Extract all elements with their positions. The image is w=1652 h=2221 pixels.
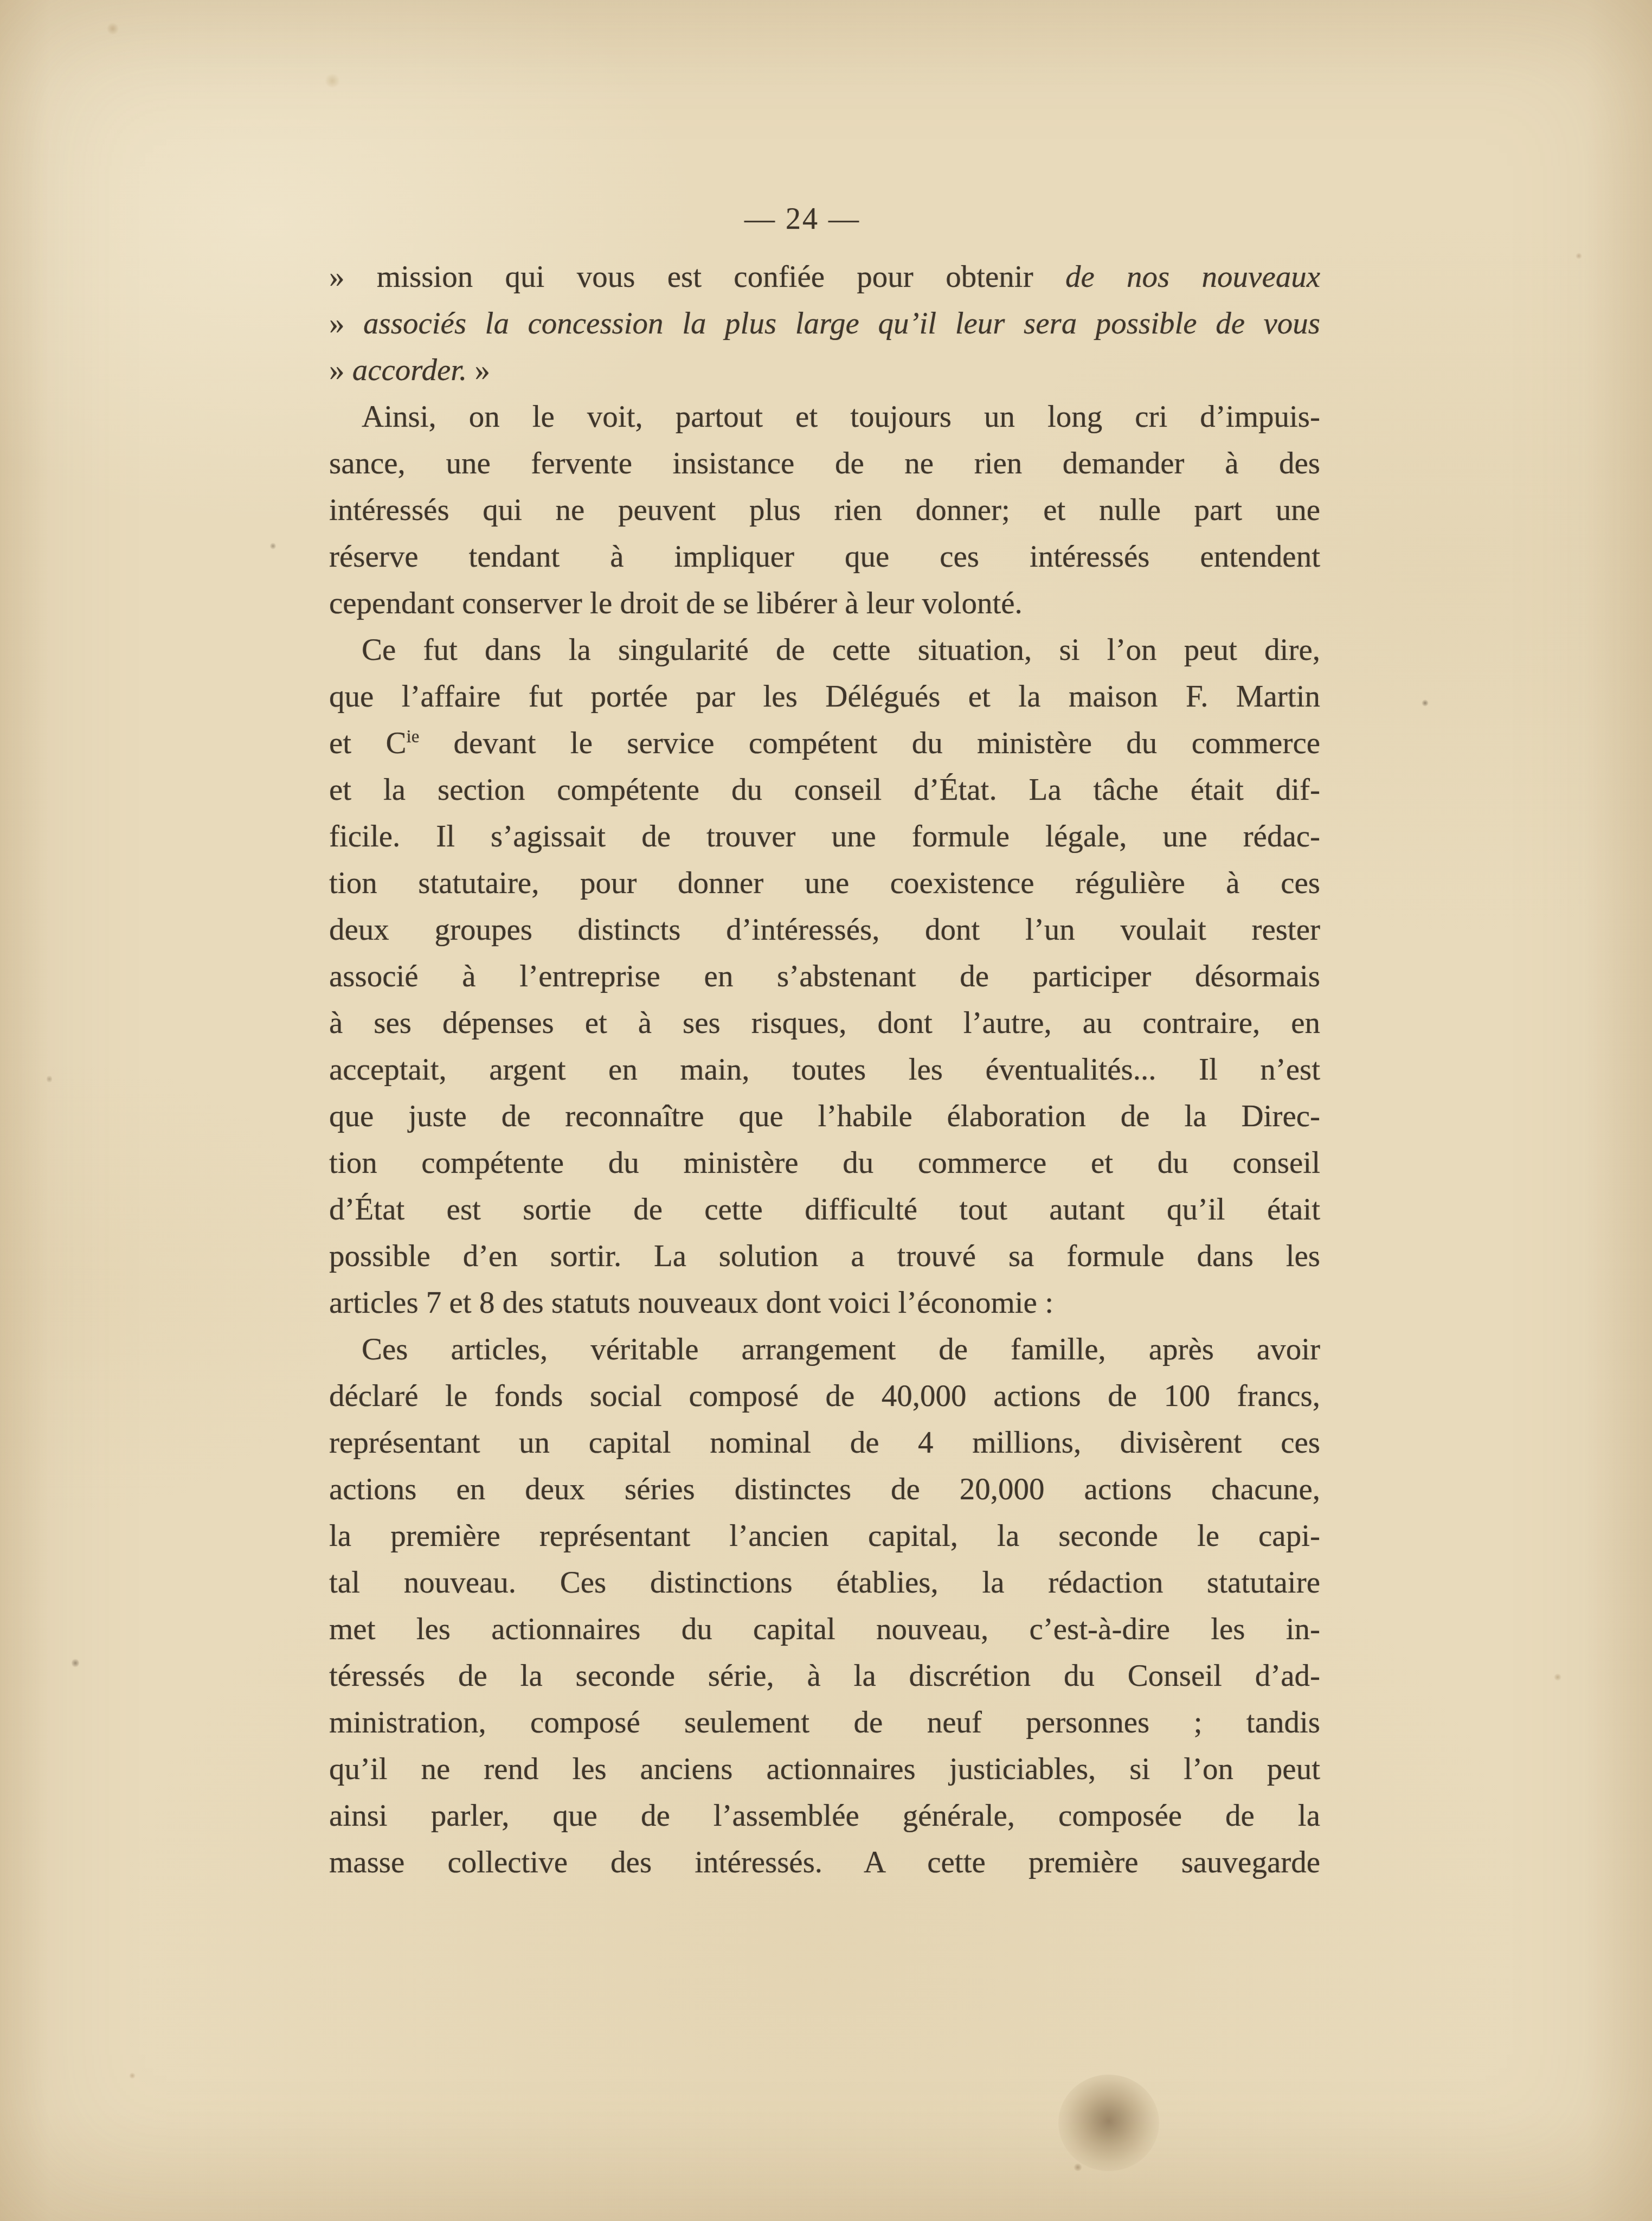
text-segment: représentant un capital nominal de 4 mil… — [329, 1426, 1320, 1460]
text-segment: » mission qui vous est confiée pour obte… — [329, 260, 1065, 294]
foxing-speck — [1554, 1673, 1561, 1681]
foxing-speck — [1074, 2164, 1082, 2171]
text-line: actions en deux séries distinctes de 20,… — [329, 1466, 1320, 1513]
text-segment: associé à l’entreprise en s’abstenant de… — [329, 959, 1320, 993]
text-line: la première représentant l’ancien capita… — [329, 1513, 1320, 1559]
text-line: téressés de la seconde série, à la discr… — [329, 1653, 1320, 1699]
text-segment: Ainsi, on le voit, partout et toujours u… — [362, 400, 1320, 434]
text-segment: tion statutaire, pour donner une coexist… — [329, 866, 1320, 900]
foxing-stain — [1058, 2075, 1159, 2171]
text-line: que juste de reconnaître que l’habile él… — [329, 1093, 1320, 1140]
text-segment: accorder. — [352, 353, 467, 387]
text-segment: tal nouveau. Ces distinctions établies, … — [329, 1565, 1320, 1600]
text-line: et Cie devant le service compétent du mi… — [329, 720, 1320, 767]
text-line: masse collective des intéressés. A cette… — [329, 1839, 1320, 1886]
text-line: ficile. Il s’agissait de trouver une for… — [329, 813, 1320, 860]
text-segment: Ce fut dans la singularité de cette situ… — [362, 633, 1320, 667]
text-line: met les actionnaires du capital nouveau,… — [329, 1606, 1320, 1653]
text-segment: téressés de la seconde série, à la discr… — [329, 1659, 1320, 1693]
text-segment: que juste de reconnaître que l’habile él… — [329, 1099, 1320, 1133]
text-segment: deux groupes distincts d’intéressés, don… — [329, 913, 1320, 947]
text-segment: ministration, composé seulement de neuf … — [329, 1705, 1320, 1739]
text-segment: et C — [329, 726, 406, 760]
text-line: » associés la concession la plus large q… — [329, 300, 1320, 347]
text-segment: » — [329, 353, 352, 387]
text-segment: d’État est sortie de cette difficulté to… — [329, 1192, 1320, 1227]
foxing-speck — [270, 542, 276, 550]
text-line: tion compétente du ministère du commerce… — [329, 1140, 1320, 1186]
text-segment: devant le service compétent du ministère… — [419, 726, 1320, 760]
text-segment: de nos nouveaux — [1065, 260, 1320, 294]
text-line: tion statutaire, pour donner une coexist… — [329, 860, 1320, 907]
text-line: associé à l’entreprise en s’abstenant de… — [329, 953, 1320, 1000]
foxing-speck — [47, 1075, 52, 1083]
text-line: articles 7 et 8 des statuts nouveaux don… — [329, 1280, 1320, 1326]
text-segment: associés la concession la plus large qu’… — [363, 306, 1320, 341]
foxing-speck — [1576, 253, 1582, 259]
page-number: — 24 — — [0, 202, 1605, 236]
text-segment: à ses dépenses et à ses risques, dont l’… — [329, 1006, 1320, 1040]
text-segment: actions en deux séries distinctes de 20,… — [329, 1472, 1320, 1506]
text-line: réserve tendant à impliquer que ces inté… — [329, 534, 1320, 580]
text-line: tal nouveau. Ces distinctions établies, … — [329, 1559, 1320, 1606]
text-segment: la première représentant l’ancien capita… — [329, 1519, 1320, 1553]
text-block: » mission qui vous est confiée pour obte… — [329, 254, 1320, 1886]
text-segment: acceptait, argent en main, toutes les év… — [329, 1052, 1320, 1087]
text-line: acceptait, argent en main, toutes les év… — [329, 1047, 1320, 1093]
text-segment: qu’il ne rend les anciens actionnaires j… — [329, 1752, 1320, 1786]
text-line: et la section compétente du conseil d’Ét… — [329, 767, 1320, 813]
text-line: d’État est sortie de cette difficulté to… — [329, 1186, 1320, 1233]
text-line: à ses dépenses et à ses risques, dont l’… — [329, 1000, 1320, 1047]
text-line: qu’il ne rend les anciens actionnaires j… — [329, 1746, 1320, 1793]
text-segment: et la section compétente du conseil d’Ét… — [329, 773, 1320, 807]
foxing-speck — [106, 23, 119, 35]
text-segment: ie — [406, 727, 419, 747]
text-segment: ficile. Il s’agissait de trouver une for… — [329, 819, 1320, 853]
text-line: déclaré le fonds social composé de 40,00… — [329, 1373, 1320, 1420]
text-segment: Ces articles, véritable arrangement de f… — [362, 1332, 1320, 1366]
text-line: Ainsi, on le voit, partout et toujours u… — [329, 394, 1320, 440]
foxing-speck — [129, 2072, 136, 2079]
text-line: » accorder. » — [329, 347, 1320, 394]
text-line: ministration, composé seulement de neuf … — [329, 1699, 1320, 1746]
text-line: » mission qui vous est confiée pour obte… — [329, 254, 1320, 300]
text-segment: » — [329, 306, 363, 341]
text-line: intéressés qui ne peuvent plus rien donn… — [329, 487, 1320, 534]
text-line: Ce fut dans la singularité de cette situ… — [329, 627, 1320, 673]
text-segment: sance, une fervente insistance de ne rie… — [329, 446, 1320, 480]
foxing-speck — [1422, 699, 1429, 707]
text-segment: cependant conserver le droit de se libér… — [329, 586, 1023, 620]
text-segment: déclaré le fonds social composé de 40,00… — [329, 1379, 1320, 1413]
text-segment: ainsi parler, que de l’assemblée général… — [329, 1799, 1320, 1833]
foxing-speck — [324, 74, 340, 88]
text-segment: que l’affaire fut portée par les Délégué… — [329, 679, 1320, 714]
text-line: possible d’en sortir. La solution a trou… — [329, 1233, 1320, 1280]
text-segment: met les actionnaires du capital nouveau,… — [329, 1612, 1320, 1646]
text-segment: possible d’en sortir. La solution a trou… — [329, 1239, 1320, 1273]
text-line: deux groupes distincts d’intéressés, don… — [329, 907, 1320, 953]
text-line: cependant conserver le droit de se libér… — [329, 580, 1320, 627]
text-segment: masse collective des intéressés. A cette… — [329, 1845, 1320, 1879]
text-segment: » — [467, 353, 490, 387]
text-line: représentant un capital nominal de 4 mil… — [329, 1420, 1320, 1466]
text-segment: intéressés qui ne peuvent plus rien donn… — [329, 493, 1320, 527]
text-segment: tion compétente du ministère du commerce… — [329, 1146, 1320, 1180]
text-line: que l’affaire fut portée par les Délégué… — [329, 673, 1320, 720]
text-line: Ces articles, véritable arrangement de f… — [329, 1326, 1320, 1373]
text-line: sance, une fervente insistance de ne rie… — [329, 440, 1320, 487]
text-line: ainsi parler, que de l’assemblée général… — [329, 1793, 1320, 1839]
scanned-book-page: — 24 — » mission qui vous est confiée po… — [0, 0, 1652, 2221]
foxing-speck — [72, 1658, 79, 1668]
text-segment: articles 7 et 8 des statuts nouveaux don… — [329, 1286, 1053, 1320]
text-segment: réserve tendant à impliquer que ces inté… — [329, 540, 1320, 574]
